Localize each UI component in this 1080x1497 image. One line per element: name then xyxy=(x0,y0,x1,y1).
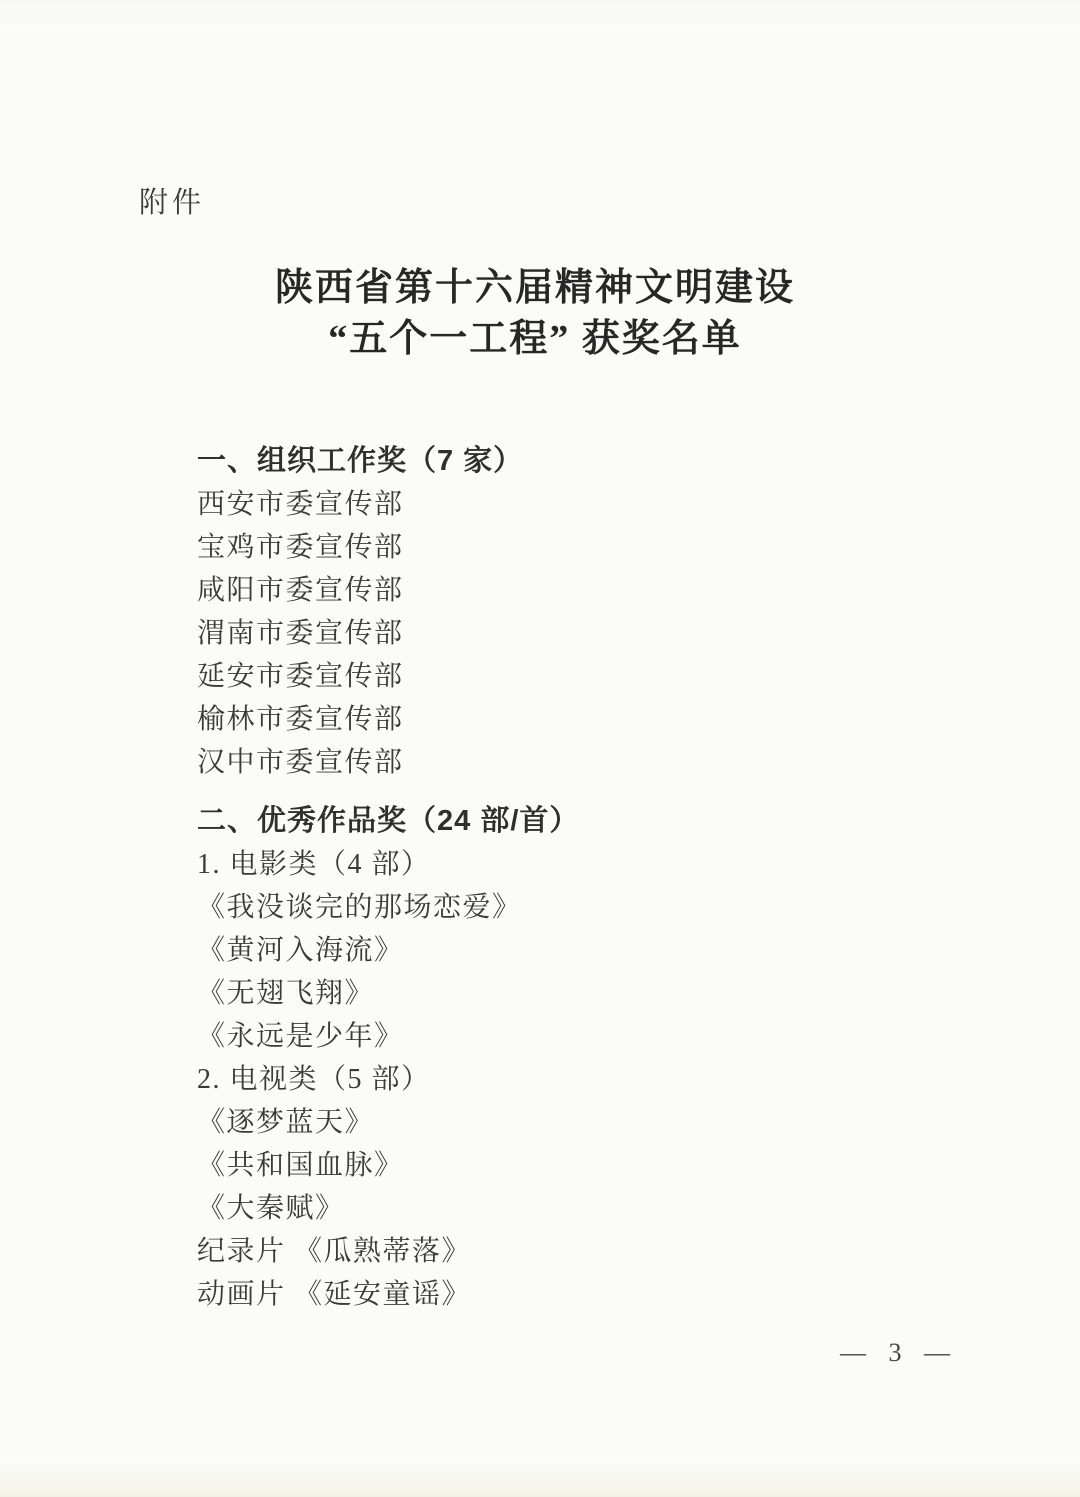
scanned-document-page: 附件 陕西省第十六届精神文明建设 “五个一工程” 获奖名单 一、组织工作奖（7 … xyxy=(0,0,1080,1497)
org-award-item: 宝鸡市委宣传部 xyxy=(197,526,579,569)
org-award-item: 汉中市委宣传部 xyxy=(197,741,579,784)
org-award-item: 榆林市委宣传部 xyxy=(197,698,579,741)
film-award-item: 《我没谈完的那场恋爱》 xyxy=(197,886,579,929)
section-2-heading: 二、优秀作品奖（24 部/首） xyxy=(197,800,579,843)
section-divider-space xyxy=(197,784,579,800)
attachment-label: 附件 xyxy=(139,180,205,221)
org-award-item: 延安市委宣传部 xyxy=(197,655,579,698)
film-award-item: 《永远是少年》 xyxy=(197,1015,579,1058)
tv-award-item: 《共和国血脉》 xyxy=(197,1144,579,1187)
tv-award-item: 《逐梦蓝天》 xyxy=(197,1101,579,1144)
org-award-item: 咸阳市委宣传部 xyxy=(197,569,579,612)
film-category-label: 1. 电影类（4 部） xyxy=(197,843,579,886)
tv-category-label: 2. 电视类（5 部） xyxy=(197,1058,579,1101)
page-number: — 3 — xyxy=(840,1338,958,1368)
document-title-line-1: 陕西省第十六届精神文明建设 xyxy=(0,263,1070,314)
org-award-item: 西安市委宣传部 xyxy=(197,483,579,526)
film-award-item: 《黄河入海流》 xyxy=(197,929,579,972)
document-title-line-2: “五个一工程” 获奖名单 xyxy=(0,314,1070,365)
document-title: 陕西省第十六届精神文明建设 “五个一工程” 获奖名单 xyxy=(0,263,1070,365)
film-award-item: 《无翅飞翔》 xyxy=(197,972,579,1015)
document-body: 一、组织工作奖（7 家） 西安市委宣传部 宝鸡市委宣传部 咸阳市委宣传部 渭南市… xyxy=(197,440,579,1316)
tv-award-item: 《大秦赋》 xyxy=(197,1187,579,1230)
org-award-item: 渭南市委宣传部 xyxy=(197,612,579,655)
section-1-heading: 一、组织工作奖（7 家） xyxy=(197,440,579,483)
tv-award-item: 动画片 《延安童谣》 xyxy=(197,1273,579,1316)
tv-award-item: 纪录片 《瓜熟蒂落》 xyxy=(197,1230,579,1273)
